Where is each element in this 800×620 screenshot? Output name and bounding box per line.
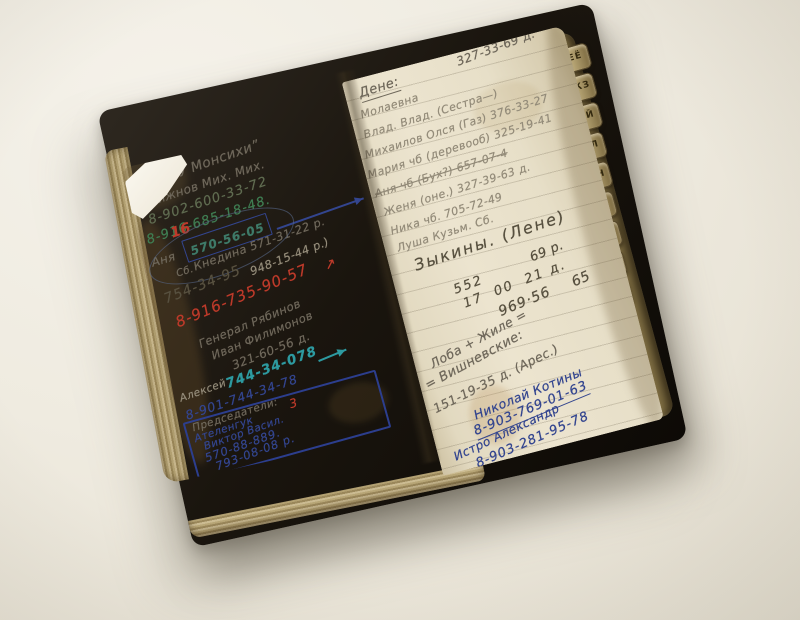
entry-num-65: 65 (569, 268, 593, 290)
photo-scene: ЕЁ ЖЗ ИЙ КЛ МН ОП РС ТУ ФХ ЦЧ ШЩ ЭЮ “У М… (0, 0, 800, 620)
teal-arrow-icon (318, 349, 346, 362)
red-arrow-icon: ↗ (322, 255, 339, 274)
address-book: ЕЁ ЖЗ ИЙ КЛ МН ОП РС ТУ ФХ ЦЧ ШЩ ЭЮ “У М… (106, 10, 677, 527)
